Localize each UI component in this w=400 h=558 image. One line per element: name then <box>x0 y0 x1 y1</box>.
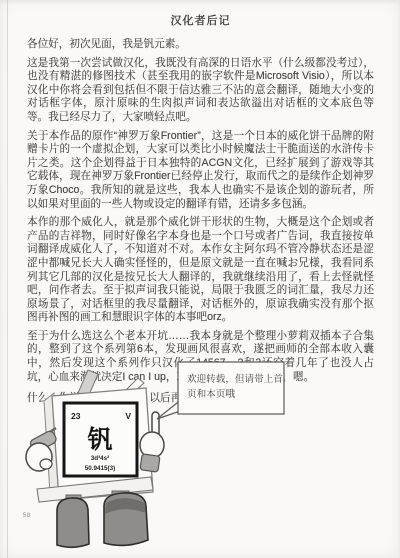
afterword-paragraph-translation-notes: 本作的那个威化人，就是那个威化饼干形状的生物，大概是这个企划或者产品的吉祥物，同… <box>27 216 374 325</box>
element-atomic-mass: 50.9415(3) <box>85 465 115 472</box>
speech-bubble-line2: 页和本页哦 <box>187 388 235 400</box>
afterword-paragraph-greeting: 各位好，初次见面，我是钒元素。 <box>27 38 374 52</box>
mascot-top-left-horn <box>78 370 98 395</box>
mascot-figure-area: 23 V 钒 3d³4s² 50.9415(3) 欢迎转载，但请带上首 页和本页… <box>0 343 400 558</box>
afterword-paragraph-original-work: 关于本作品的原作“神罗万象Frontier”，这是一个日本的威化饼干品牌的附赠卡… <box>27 130 374 212</box>
afterword-paragraph-first-attempt: 这是我第一次尝试做汉化，我既没有高深的日语水平（什么级都没考过），也没有精湛的修… <box>27 57 374 125</box>
element-atomic-number: 23 <box>71 411 81 421</box>
element-electron-config: 3d³4s² <box>91 455 110 462</box>
scanned-afterword-page: 汉化者后记 各位好，初次见面，我是钒元素。 这是我第一次尝试做汉化，我既没有高深… <box>0 0 400 558</box>
mascot-left-thumb <box>40 459 52 469</box>
speech-bubble <box>178 362 284 414</box>
page-number: 58 <box>23 513 31 519</box>
page-title: 汉化者后记 <box>27 12 374 28</box>
mascot-left-shoe <box>57 498 89 547</box>
mascot-right-cuff <box>140 454 160 472</box>
vanadium-mascot-illustration: 23 V 钒 3d³4s² 50.9415(3) 欢迎转载，但请带上首 页和本页… <box>0 343 400 558</box>
element-name: 钒 <box>86 425 112 454</box>
element-symbol: V <box>125 411 131 421</box>
speech-bubble-line1: 欢迎转载，但请带上首 <box>187 373 283 385</box>
